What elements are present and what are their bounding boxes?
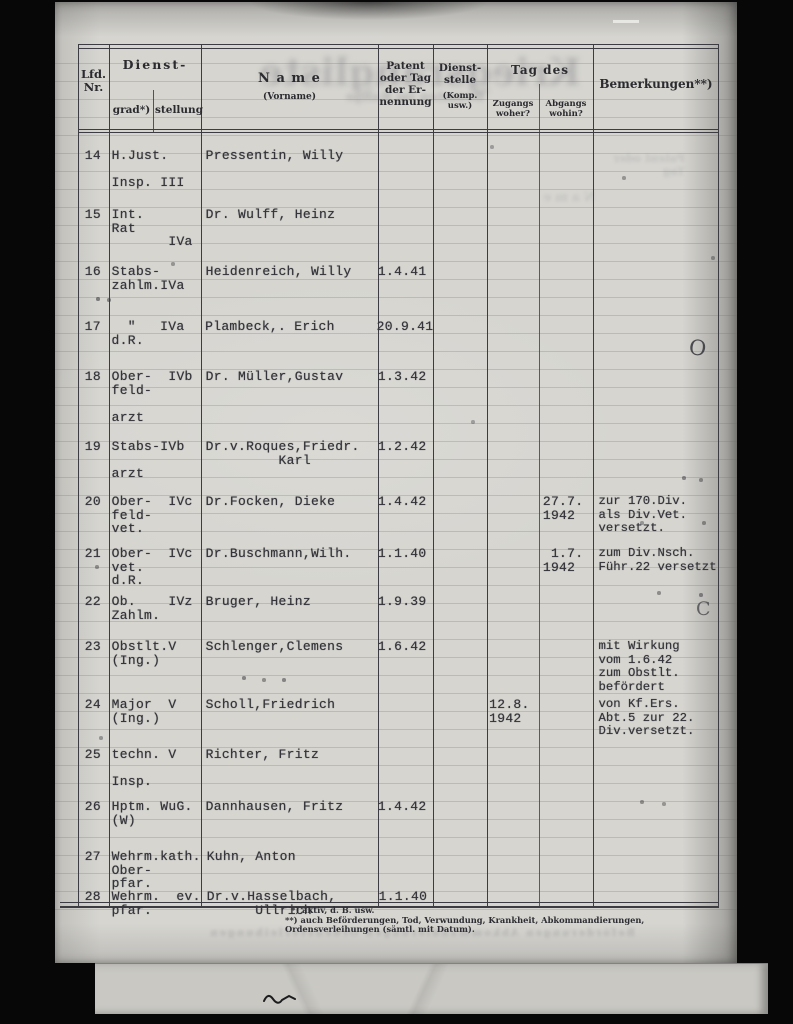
- cell-abgang: [539, 430, 595, 485]
- document-page: Kriegsrangliste Beamten im Range Patent …: [55, 2, 737, 963]
- cell-dienststelle: [430, 537, 485, 585]
- table-row: 26 Hptm. WuG. (W) Dannhausen, Fritz 1.4.…: [78, 790, 719, 840]
- header-name-sub: (Vorname): [201, 92, 378, 102]
- table-row: 23 Obstlt.V (Ing.) Schlenger,Clemens 1.6…: [78, 630, 719, 688]
- cell-bemerkung: zum Div.Nsch. Führ.22 versetzt: [595, 537, 720, 585]
- table-row: 22 Ob. IVz Zahlm. Bruger, Heinz 1.9.39: [78, 585, 719, 630]
- cell-dienststelle: [430, 738, 485, 790]
- cell-patent: 1.1.40: [376, 888, 431, 905]
- cell-zugang: [485, 255, 539, 310]
- header-dienst: Dienst-: [109, 58, 201, 72]
- cell-dienstgrad-stellung: H.Just. Insp. III: [108, 132, 200, 198]
- cell-lfd-nr: 27: [78, 840, 108, 888]
- header-patent: Patent oder Tag der Er- nennung: [378, 60, 433, 108]
- cell-name: Dr. Müller,Gustav: [200, 360, 375, 430]
- cell-name: Dr.Focken, Dieke: [200, 485, 375, 537]
- handwritten-circle-mark: C: [696, 598, 711, 620]
- cell-bemerkung: [595, 888, 719, 905]
- cell-name: Kuhn, Anton: [201, 840, 376, 888]
- cell-dienstgrad-stellung: Ober- IVb feld- arzt: [108, 360, 200, 430]
- header-tag-des: Tag des: [487, 64, 593, 78]
- cell-patent: 1.4.42: [375, 485, 431, 537]
- cell-name: Plambeck,. Erich: [199, 310, 374, 360]
- scan-artifact: [613, 20, 639, 23]
- cell-dienstgrad-stellung: Major V (Ing.): [108, 688, 200, 738]
- cell-abgang: [539, 585, 595, 630]
- cell-lfd-nr: 17: [78, 310, 108, 360]
- table-row: 19 Stabs-IVb arzt Dr.v.Roques,Friedr. Ka…: [78, 430, 719, 485]
- cell-bemerkung: [595, 790, 720, 840]
- cell-dienststelle: [431, 888, 486, 905]
- cell-patent: [375, 738, 431, 790]
- cell-patent: 1.6.42: [375, 630, 431, 688]
- cell-abgang: [539, 360, 595, 430]
- cell-patent: [375, 198, 431, 255]
- cell-name: Dr.v.Hasselbach, Ullrich: [201, 888, 376, 905]
- table-row: 25 techn. V Insp. Richter, Fritz: [78, 738, 719, 790]
- cell-dienstgrad-stellung: Ober- IVc vet. d.R.: [108, 537, 200, 585]
- table-header: Lfd. Nr. Dienst- grad*) stellung N a m e…: [78, 44, 719, 132]
- cell-patent: 1.2.42: [375, 430, 431, 485]
- cell-bemerkung: mit Wirkung vom 1.6.42 zum Obstlt. beför…: [595, 630, 720, 688]
- cell-abgang: [539, 255, 595, 310]
- cell-zugang: 12.8. 1942: [485, 688, 539, 738]
- footnote-2: **) auch Beförderungen, Tod, Verwundung,…: [285, 916, 730, 935]
- cell-patent: 1.3.42: [375, 360, 431, 430]
- cell-zugang: [485, 585, 539, 630]
- cell-abgang: [539, 630, 595, 688]
- cell-dienstgrad-stellung: Hptm. WuG. (W): [108, 790, 200, 840]
- cell-dienstgrad-stellung: Wehrm.kath. Ober- pfar.: [108, 840, 201, 888]
- header-dienststelle-sub: (Komp. usw.): [433, 92, 487, 112]
- cell-dienstgrad-stellung: techn. V Insp.: [108, 738, 200, 790]
- underlying-sheet: [95, 963, 768, 1014]
- cell-abgang: [539, 688, 595, 738]
- cell-zugang: [486, 840, 540, 888]
- header-stellung: stellung: [155, 104, 201, 116]
- cell-bemerkung: [595, 132, 720, 198]
- cell-dienstgrad-stellung: Stabs- zahlm.IVa: [108, 255, 200, 310]
- cell-zugang: [485, 738, 539, 790]
- cell-patent: 1.9.39: [375, 585, 431, 630]
- cell-patent: 1.1.40: [375, 537, 431, 585]
- cell-name: Richter, Fritz: [200, 738, 375, 790]
- cell-dienstgrad-stellung: Obstlt.V (Ing.): [108, 630, 200, 688]
- table-row: 20 Ober- IVc feld- vet. Dr.Focken, Dieke…: [78, 485, 719, 537]
- cell-abgang: [539, 738, 595, 790]
- cell-zugang: [485, 430, 539, 485]
- cell-lfd-nr: 15: [78, 198, 108, 255]
- table-row: 28 Wehrm. ev. pfar. Dr.v.Hasselbach, Ull…: [78, 888, 719, 905]
- table-row: 15 Int. Rat IVa Dr. Wulff, Heinz: [78, 198, 719, 255]
- cell-zugang: [485, 132, 539, 198]
- cell-abgang: 1.7. 1942: [539, 537, 595, 585]
- cell-dienstgrad-stellung: " IVa d.R.: [108, 310, 200, 360]
- cell-abgang: [539, 198, 595, 255]
- cell-lfd-nr: 21: [78, 537, 108, 585]
- cell-lfd-nr: 22: [78, 585, 108, 630]
- scanned-document: Kriegsrangliste Beamten im Range Patent …: [0, 0, 793, 1024]
- header-name: N a m e: [201, 72, 378, 87]
- cell-lfd-nr: 20: [78, 485, 108, 537]
- cell-patent: [376, 840, 431, 888]
- cell-patent: 1.4.41: [375, 255, 431, 310]
- cell-dienstgrad-stellung: Wehrm. ev. pfar.: [108, 888, 201, 905]
- header-zugang: Zugangs woher?: [487, 100, 539, 120]
- header-abgang: Abgangs wohin?: [539, 100, 593, 120]
- cell-zugang: [485, 537, 539, 585]
- cell-lfd-nr: 28: [78, 888, 108, 905]
- cell-dienstgrad-stellung: Ob. IVz Zahlm.: [108, 585, 200, 630]
- table-row: 24 Major V (Ing.) Scholl,Friedrich 12.8.…: [78, 688, 719, 738]
- cell-bemerkung: [595, 430, 720, 485]
- cell-abgang: [539, 132, 595, 198]
- table-row: 17 " IVa d.R. Plambeck,. Erich 20.9.41: [78, 310, 719, 360]
- cell-abgang: [540, 310, 595, 360]
- cell-lfd-nr: 25: [78, 738, 108, 790]
- cell-dienststelle: [430, 198, 485, 255]
- cell-name: Scholl,Friedrich: [200, 688, 375, 738]
- scan-specks: [55, 2, 57, 4]
- table-row: 14 H.Just. Insp. III Pressentin, Willy: [78, 132, 719, 198]
- cell-lfd-nr: 14: [78, 132, 108, 198]
- cell-abgang: [539, 888, 595, 905]
- cell-lfd-nr: 26: [78, 790, 108, 840]
- cell-name: Dr.Buschmann,Wilh.: [200, 537, 375, 585]
- cell-dienststelle: [430, 630, 485, 688]
- cell-bemerkung: [595, 360, 720, 430]
- cell-dienstgrad-stellung: Int. Rat IVa: [108, 198, 200, 255]
- cell-name: Dr. Wulff, Heinz: [200, 198, 375, 255]
- cell-name: Dr.v.Roques,Friedr. Karl: [200, 430, 375, 485]
- cell-zugang: [485, 360, 539, 430]
- table-row: 21 Ober- IVc vet. d.R. Dr.Buschmann,Wilh…: [78, 537, 719, 585]
- cell-dienstgrad-stellung: Stabs-IVb arzt: [108, 430, 200, 485]
- cell-dienststelle: [430, 485, 485, 537]
- cell-bemerkung: [595, 738, 720, 790]
- cell-zugang: [485, 630, 539, 688]
- cell-dienststelle: [431, 840, 486, 888]
- cell-patent: 20.9.41: [374, 310, 432, 360]
- cell-dienststelle: [432, 310, 486, 360]
- cell-lfd-nr: 24: [78, 688, 108, 738]
- cell-bemerkung: von Kf.Ers. Abt.5 zur 22. Div.versetzt.: [595, 688, 720, 738]
- cell-dienststelle: [430, 790, 485, 840]
- cell-lfd-nr: 19: [78, 430, 108, 485]
- cell-name: Pressentin, Willy: [200, 132, 375, 198]
- cell-dienststelle: [430, 132, 485, 198]
- cell-patent: 1.4.42: [375, 790, 431, 840]
- header-dienststelle: Dienst- stelle: [433, 62, 487, 86]
- cell-dienststelle: [430, 255, 485, 310]
- cell-lfd-nr: 23: [78, 630, 108, 688]
- cell-abgang: [539, 790, 595, 840]
- cell-bemerkung: [595, 198, 720, 255]
- header-lfd-nr: Lfd. Nr.: [78, 68, 109, 94]
- cell-zugang: [486, 888, 540, 905]
- table-row: 18 Ober- IVb feld- arzt Dr. Müller,Gusta…: [78, 360, 719, 430]
- table-body: 14 H.Just. Insp. III Pressentin, Willy 1…: [78, 132, 719, 905]
- cell-bemerkung: [595, 840, 719, 888]
- table-row: 16 Stabs- zahlm.IVa Heidenreich, Willy 1…: [78, 255, 719, 310]
- cell-dienststelle: [430, 688, 485, 738]
- cell-patent: [375, 688, 431, 738]
- cell-name: Heidenreich, Willy: [200, 255, 375, 310]
- cell-name: Bruger, Heinz: [200, 585, 375, 630]
- cell-dienststelle: [430, 430, 485, 485]
- cell-abgang: [539, 840, 595, 888]
- cell-lfd-nr: 18: [78, 360, 108, 430]
- header-grad: grad*): [109, 104, 154, 116]
- ink-squiggle: [263, 992, 297, 1011]
- header-bemerkungen: Bemerkungen**): [593, 78, 719, 92]
- cell-bemerkung: [595, 255, 720, 310]
- cell-zugang: [485, 790, 539, 840]
- cell-patent: [375, 132, 431, 198]
- footnotes: *) aktiv, d. B. usw. **) auch Beförderun…: [285, 906, 730, 935]
- cell-zugang: [485, 485, 539, 537]
- cell-abgang: 27.7. 1942: [539, 485, 595, 537]
- table-row: 27 Wehrm.kath. Ober- pfar. Kuhn, Anton: [78, 840, 719, 888]
- cell-name: Dannhausen, Fritz: [200, 790, 375, 840]
- cell-zugang: [486, 310, 540, 360]
- cell-lfd-nr: 16: [78, 255, 108, 310]
- cell-dienstgrad-stellung: Ober- IVc feld- vet.: [108, 485, 200, 537]
- cell-bemerkung: zur 170.Div. als Div.Vet. versetzt.: [595, 485, 720, 537]
- cell-dienststelle: [430, 585, 485, 630]
- cell-name: Schlenger,Clemens: [200, 630, 375, 688]
- handwritten-circle-mark: O: [687, 335, 707, 361]
- cell-dienststelle: [430, 360, 485, 430]
- cell-zugang: [485, 198, 539, 255]
- roster-table: Lfd. Nr. Dienst- grad*) stellung N a m e…: [78, 44, 719, 906]
